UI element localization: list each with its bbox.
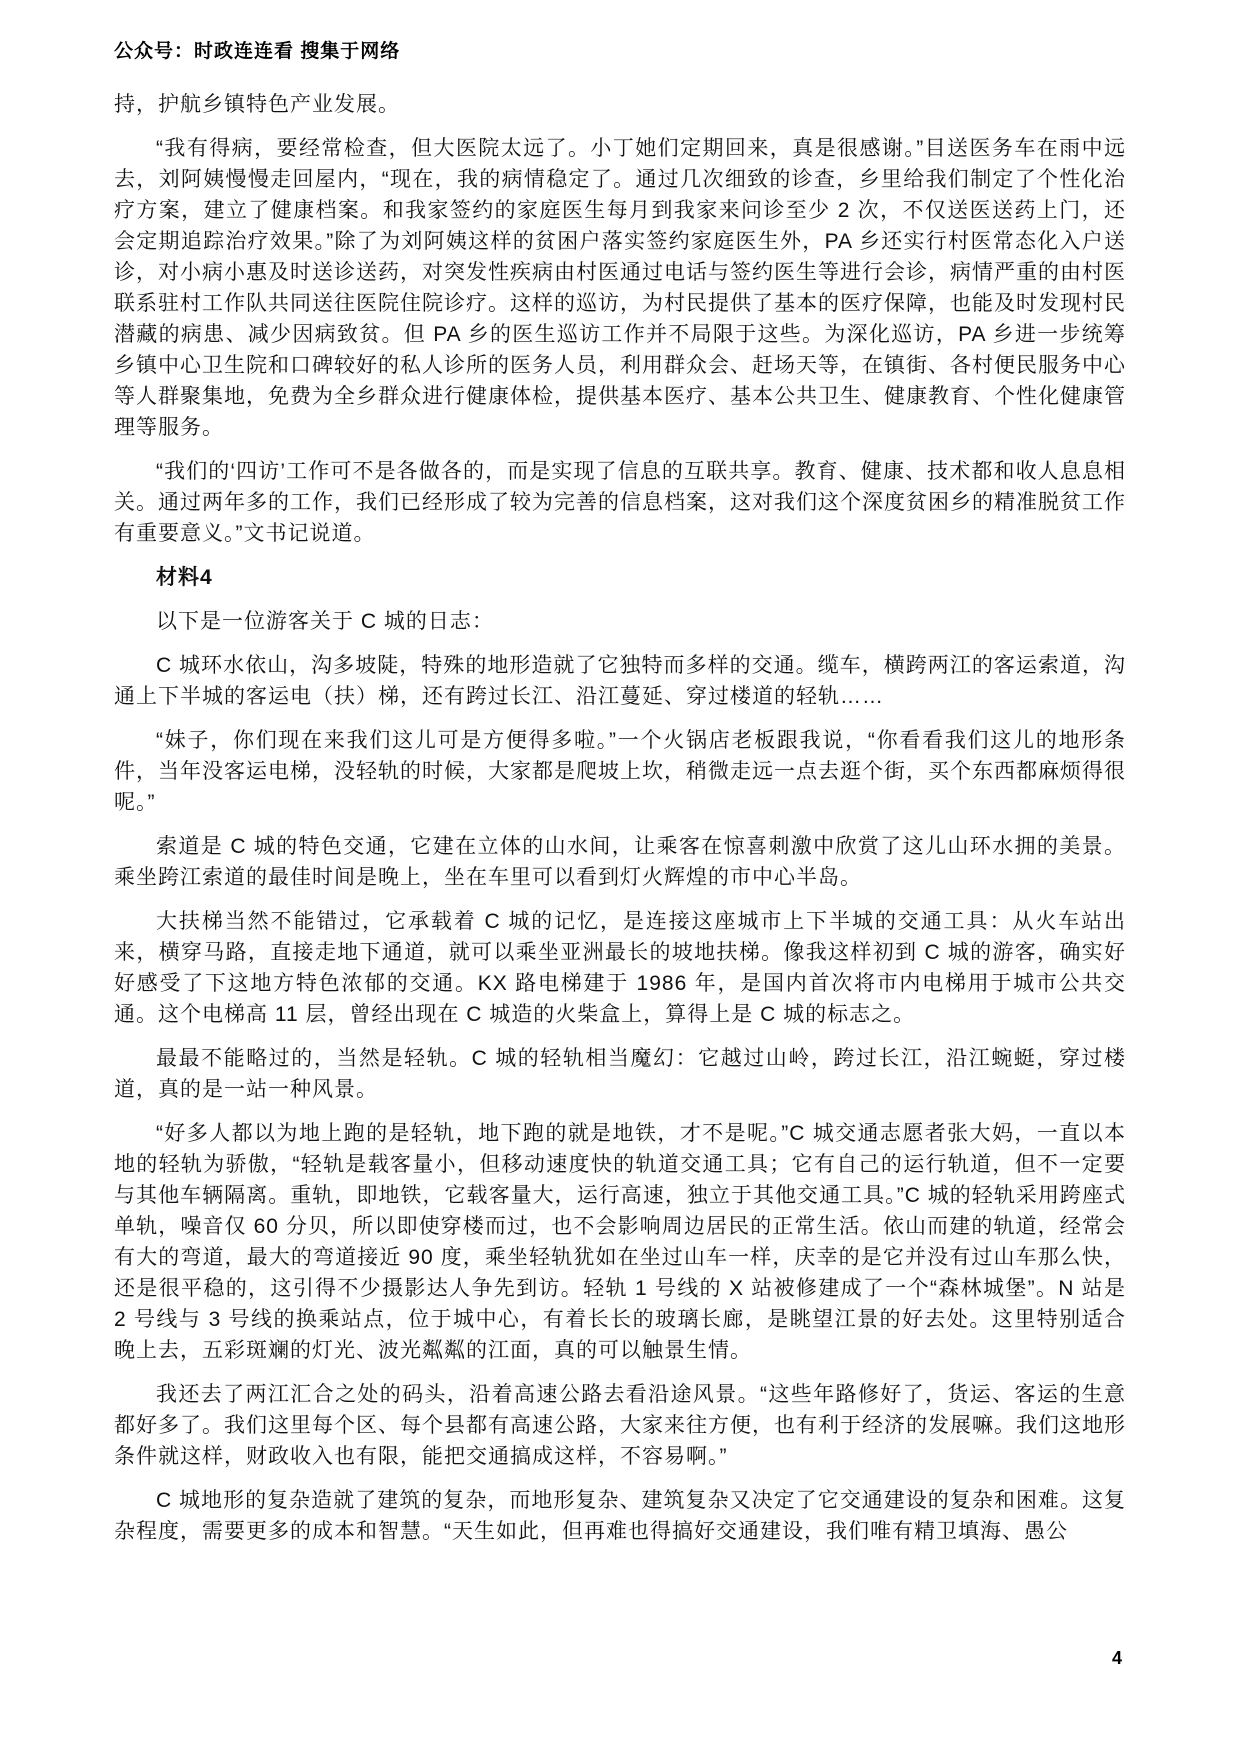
paragraph: 以下是一位游客关于 C 城的日志： (114, 606, 1126, 637)
paragraph: 索道是 C 城的特色交通，它建在立体的山水间，让乘客在惊喜刺激中欣赏了这儿山环水… (114, 831, 1126, 893)
paragraph: 我还去了两江汇合之处的码头，沿着高速公路去看沿途风景。“这些年路修好了，货运、客… (114, 1379, 1126, 1472)
paragraph: “我们的‘四访’工作可不是各做各的，而是实现了信息的互联共享。教育、健康、技术都… (114, 456, 1126, 549)
paragraph: “我有得病，要经常检查，但大医院太远了。小丁她们定期回来，真是很感谢。”目送医务… (114, 133, 1126, 443)
material-4-heading: 材料4 (114, 562, 1126, 593)
paragraph: “妹子，你们现在来我们这儿可是方便得多啦。”一个火锅店老板跟我说，“你看看我们这… (114, 725, 1126, 818)
paragraph: C 城地形的复杂造就了建筑的复杂，而地形复杂、建筑复杂又决定了它交通建设的复杂和… (114, 1485, 1126, 1547)
paragraph: “好多人都以为地上跑的是轻轨，地下跑的就是地铁，才不是呢。”C 城交通志愿者张大… (114, 1118, 1126, 1366)
paragraph-continuation: 持，护航乡镇特色产业发展。 (114, 89, 1126, 120)
document-content: 持，护航乡镇特色产业发展。 “我有得病，要经常检查，但大医院太远了。小丁她们定期… (114, 89, 1126, 1547)
page-header: 公众号：时政连连看 搜集于网络 (114, 36, 1126, 63)
document-page: 公众号：时政连连看 搜集于网络 持，护航乡镇特色产业发展。 “我有得病，要经常检… (0, 0, 1240, 1754)
paragraph: 大扶梯当然不能错过，它承载着 C 城的记忆，是连接这座城市上下半城的交通工具：从… (114, 906, 1126, 1030)
paragraph: 最最不能略过的，当然是轻轨。C 城的轻轨相当魔幻：它越过山岭，跨过长江，沿江蜿蜓… (114, 1043, 1126, 1105)
paragraph: C 城环水依山，沟多坡陡，特殊的地形造就了它独特而多样的交通。缆车，横跨两江的客… (114, 650, 1126, 712)
page-number: 4 (1112, 1648, 1122, 1669)
